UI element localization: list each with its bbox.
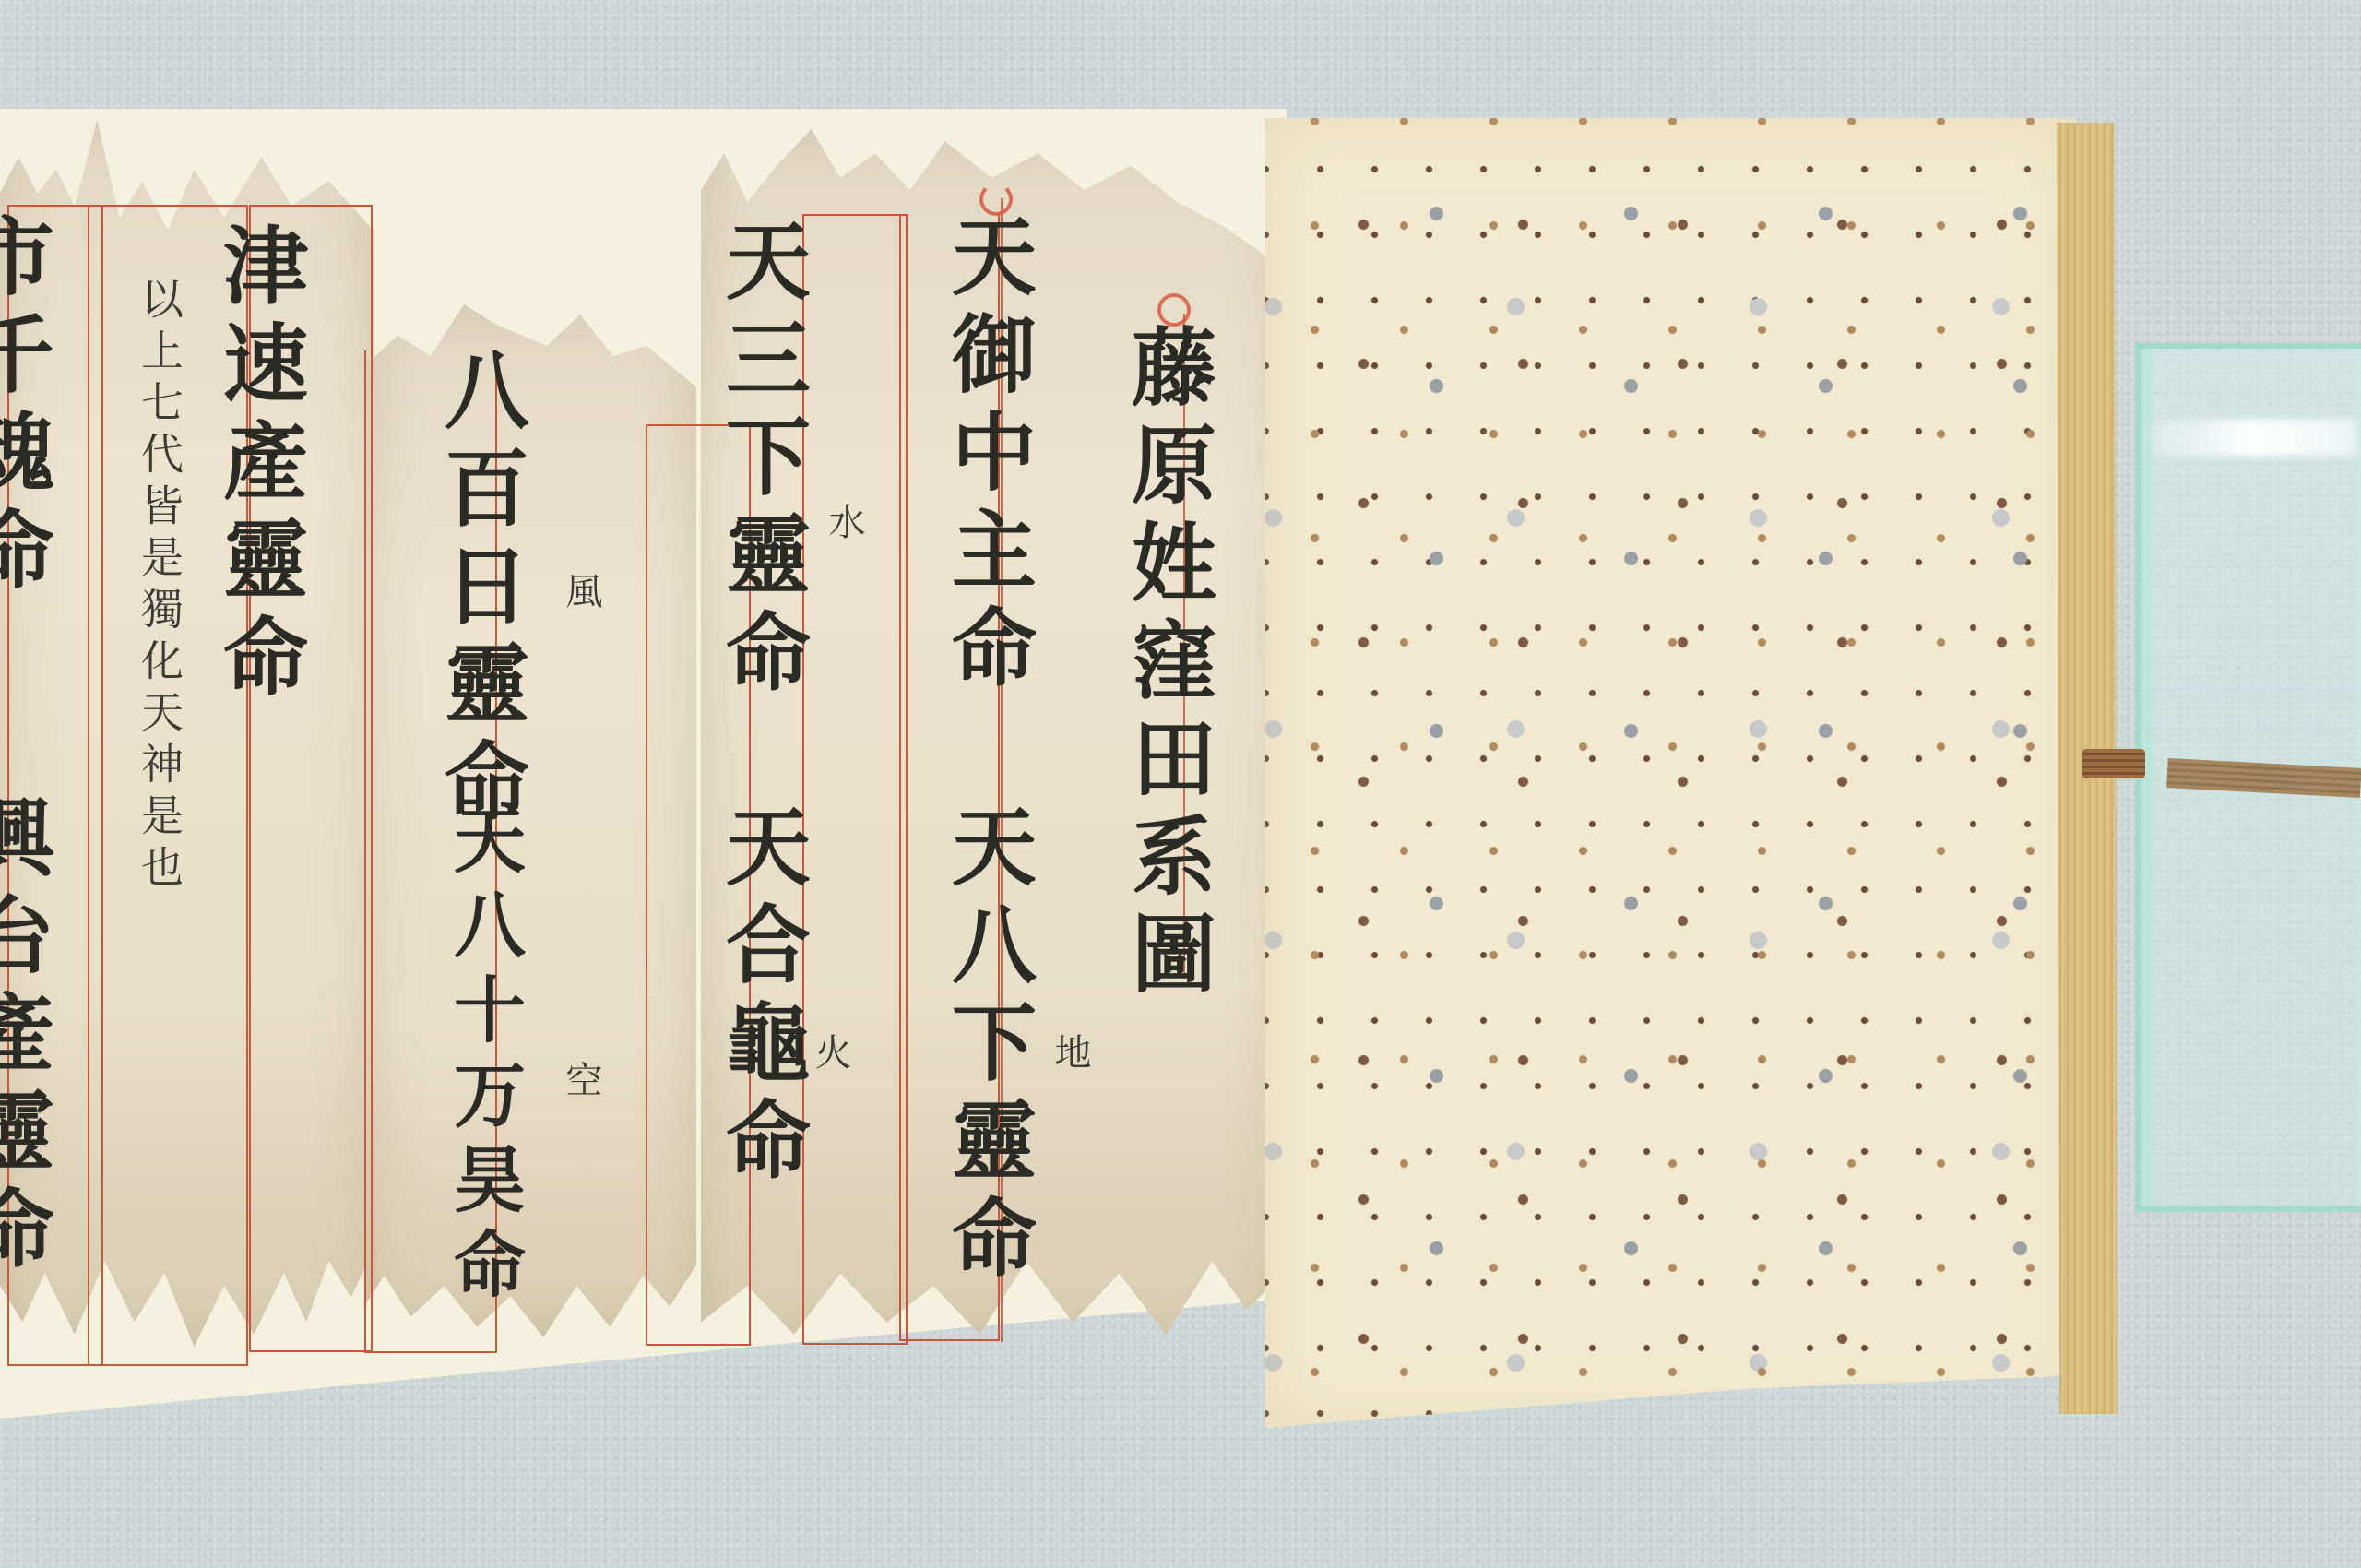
element-annotation: 空 xyxy=(563,1061,599,1111)
lineage-column-partial: 市千魂命 xyxy=(0,212,48,603)
red-circle-mark xyxy=(979,183,1013,216)
lineage-column: 天御中主命 xyxy=(945,212,1030,701)
note-column: 以上七代皆是獨化天神是也 xyxy=(138,277,181,897)
lineage-column-partial: 興台產靈命 xyxy=(0,793,48,1282)
glass-glare xyxy=(2149,420,2356,457)
scroll-photo: 藤原姓窪田系圖 天御中主命 天八下靈命 地 天三下靈命 水 天合龜命 火 八百日… xyxy=(0,0,2361,1568)
element-annotation: 水 xyxy=(825,503,862,552)
decorative-cover-paper xyxy=(1265,118,2077,1428)
lineage-column: 津速產靈命 xyxy=(217,221,302,710)
lineage-column: 天八下靈命 xyxy=(945,802,1030,1291)
lineage-column: 八百日靈命 xyxy=(438,346,523,835)
lineage-column: 天合龜命 xyxy=(719,802,804,1194)
element-annotation: 火 xyxy=(812,1033,848,1083)
title-column: 藤原姓窪田系圖 xyxy=(1125,323,1210,1007)
lineage-column: 天八十万昊命 xyxy=(447,802,519,1312)
red-circle-mark xyxy=(1157,293,1191,327)
red-rule-box xyxy=(802,214,908,1345)
element-annotation: 風 xyxy=(563,572,599,622)
lineage-column: 天三下靈命 xyxy=(719,217,804,706)
element-annotation: 地 xyxy=(1051,1033,1088,1083)
binding-cord-knot xyxy=(2082,749,2145,778)
